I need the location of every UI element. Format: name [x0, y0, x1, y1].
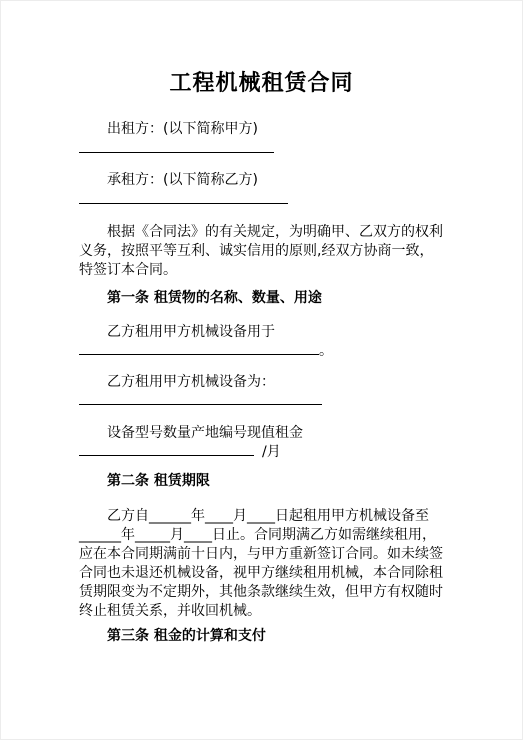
- intro-line: 特签订本合同。: [79, 261, 444, 280]
- lease-term-paragraph: 乙方自______年____月____日起租用甲方机械设备至 ______年__…: [79, 507, 444, 621]
- rent-blank-line: [79, 443, 254, 456]
- usage-blank-row: 。: [79, 342, 444, 361]
- intro-line: 根据《合同法》的有关规定，为明确甲、乙双方的权利: [79, 223, 444, 242]
- rent-unit-label: /月: [262, 444, 281, 460]
- document-page: 工程机械租赁合同 出租方：(以下简称甲方) 承租方：(以下简称乙方) 根据《合同…: [0, 0, 523, 740]
- party-b-blank-line: [79, 203, 288, 204]
- intro-paragraph: 根据《合同法》的有关规定，为明确甲、乙双方的权利 义务，按照平等互利、诚实信用的…: [79, 223, 444, 280]
- article-3-heading: 第三条 租金的计算和支付: [79, 627, 444, 646]
- lease-term-line: 终止租赁关系，并收回机械。: [79, 602, 444, 621]
- party-b-label: 承租方：(以下简称乙方): [79, 171, 444, 190]
- document-title: 工程机械租赁合同: [79, 71, 444, 97]
- rent-blank-row: /月: [79, 443, 444, 462]
- equipment-sentence: 乙方租用甲方机械设备为：: [79, 373, 444, 392]
- article-1-heading: 第一条 租赁物的名称、数量、用途: [79, 289, 444, 308]
- equipment-blank-line: [79, 404, 322, 405]
- lease-term-line: 应在本合同期满前十日内，与甲方重新签订合同。如未续签: [79, 545, 444, 564]
- intro-line: 义务，按照平等互利、诚实信用的原则,经双方协商一致，: [79, 242, 444, 261]
- usage-blank-line: [79, 342, 319, 355]
- article-2-heading: 第二条 租赁期限: [79, 472, 444, 491]
- usage-full-stop: 。: [319, 343, 333, 359]
- lease-term-line: ______年_____月____日止。合同期满乙方如需继续租用，: [79, 526, 444, 545]
- lease-term-line: 赁期限变为不定期外，其他条款继续生效，但甲方有权随时: [79, 583, 444, 602]
- usage-sentence: 乙方租用甲方机械设备用于: [79, 323, 444, 342]
- party-a-blank-line: [79, 152, 274, 153]
- lease-term-line: 乙方自______年____月____日起租用甲方机械设备至: [79, 507, 444, 526]
- document-content: 工程机械租赁合同 出租方：(以下简称甲方) 承租方：(以下简称乙方) 根据《合同…: [1, 71, 522, 646]
- party-a-label: 出租方：(以下简称甲方): [79, 120, 444, 139]
- spec-sentence: 设备型号数量产地编号现值租金: [79, 424, 444, 443]
- lease-term-line: 合同也未退还机械设备，视甲方继续租用机械，本合同除租: [79, 564, 444, 583]
